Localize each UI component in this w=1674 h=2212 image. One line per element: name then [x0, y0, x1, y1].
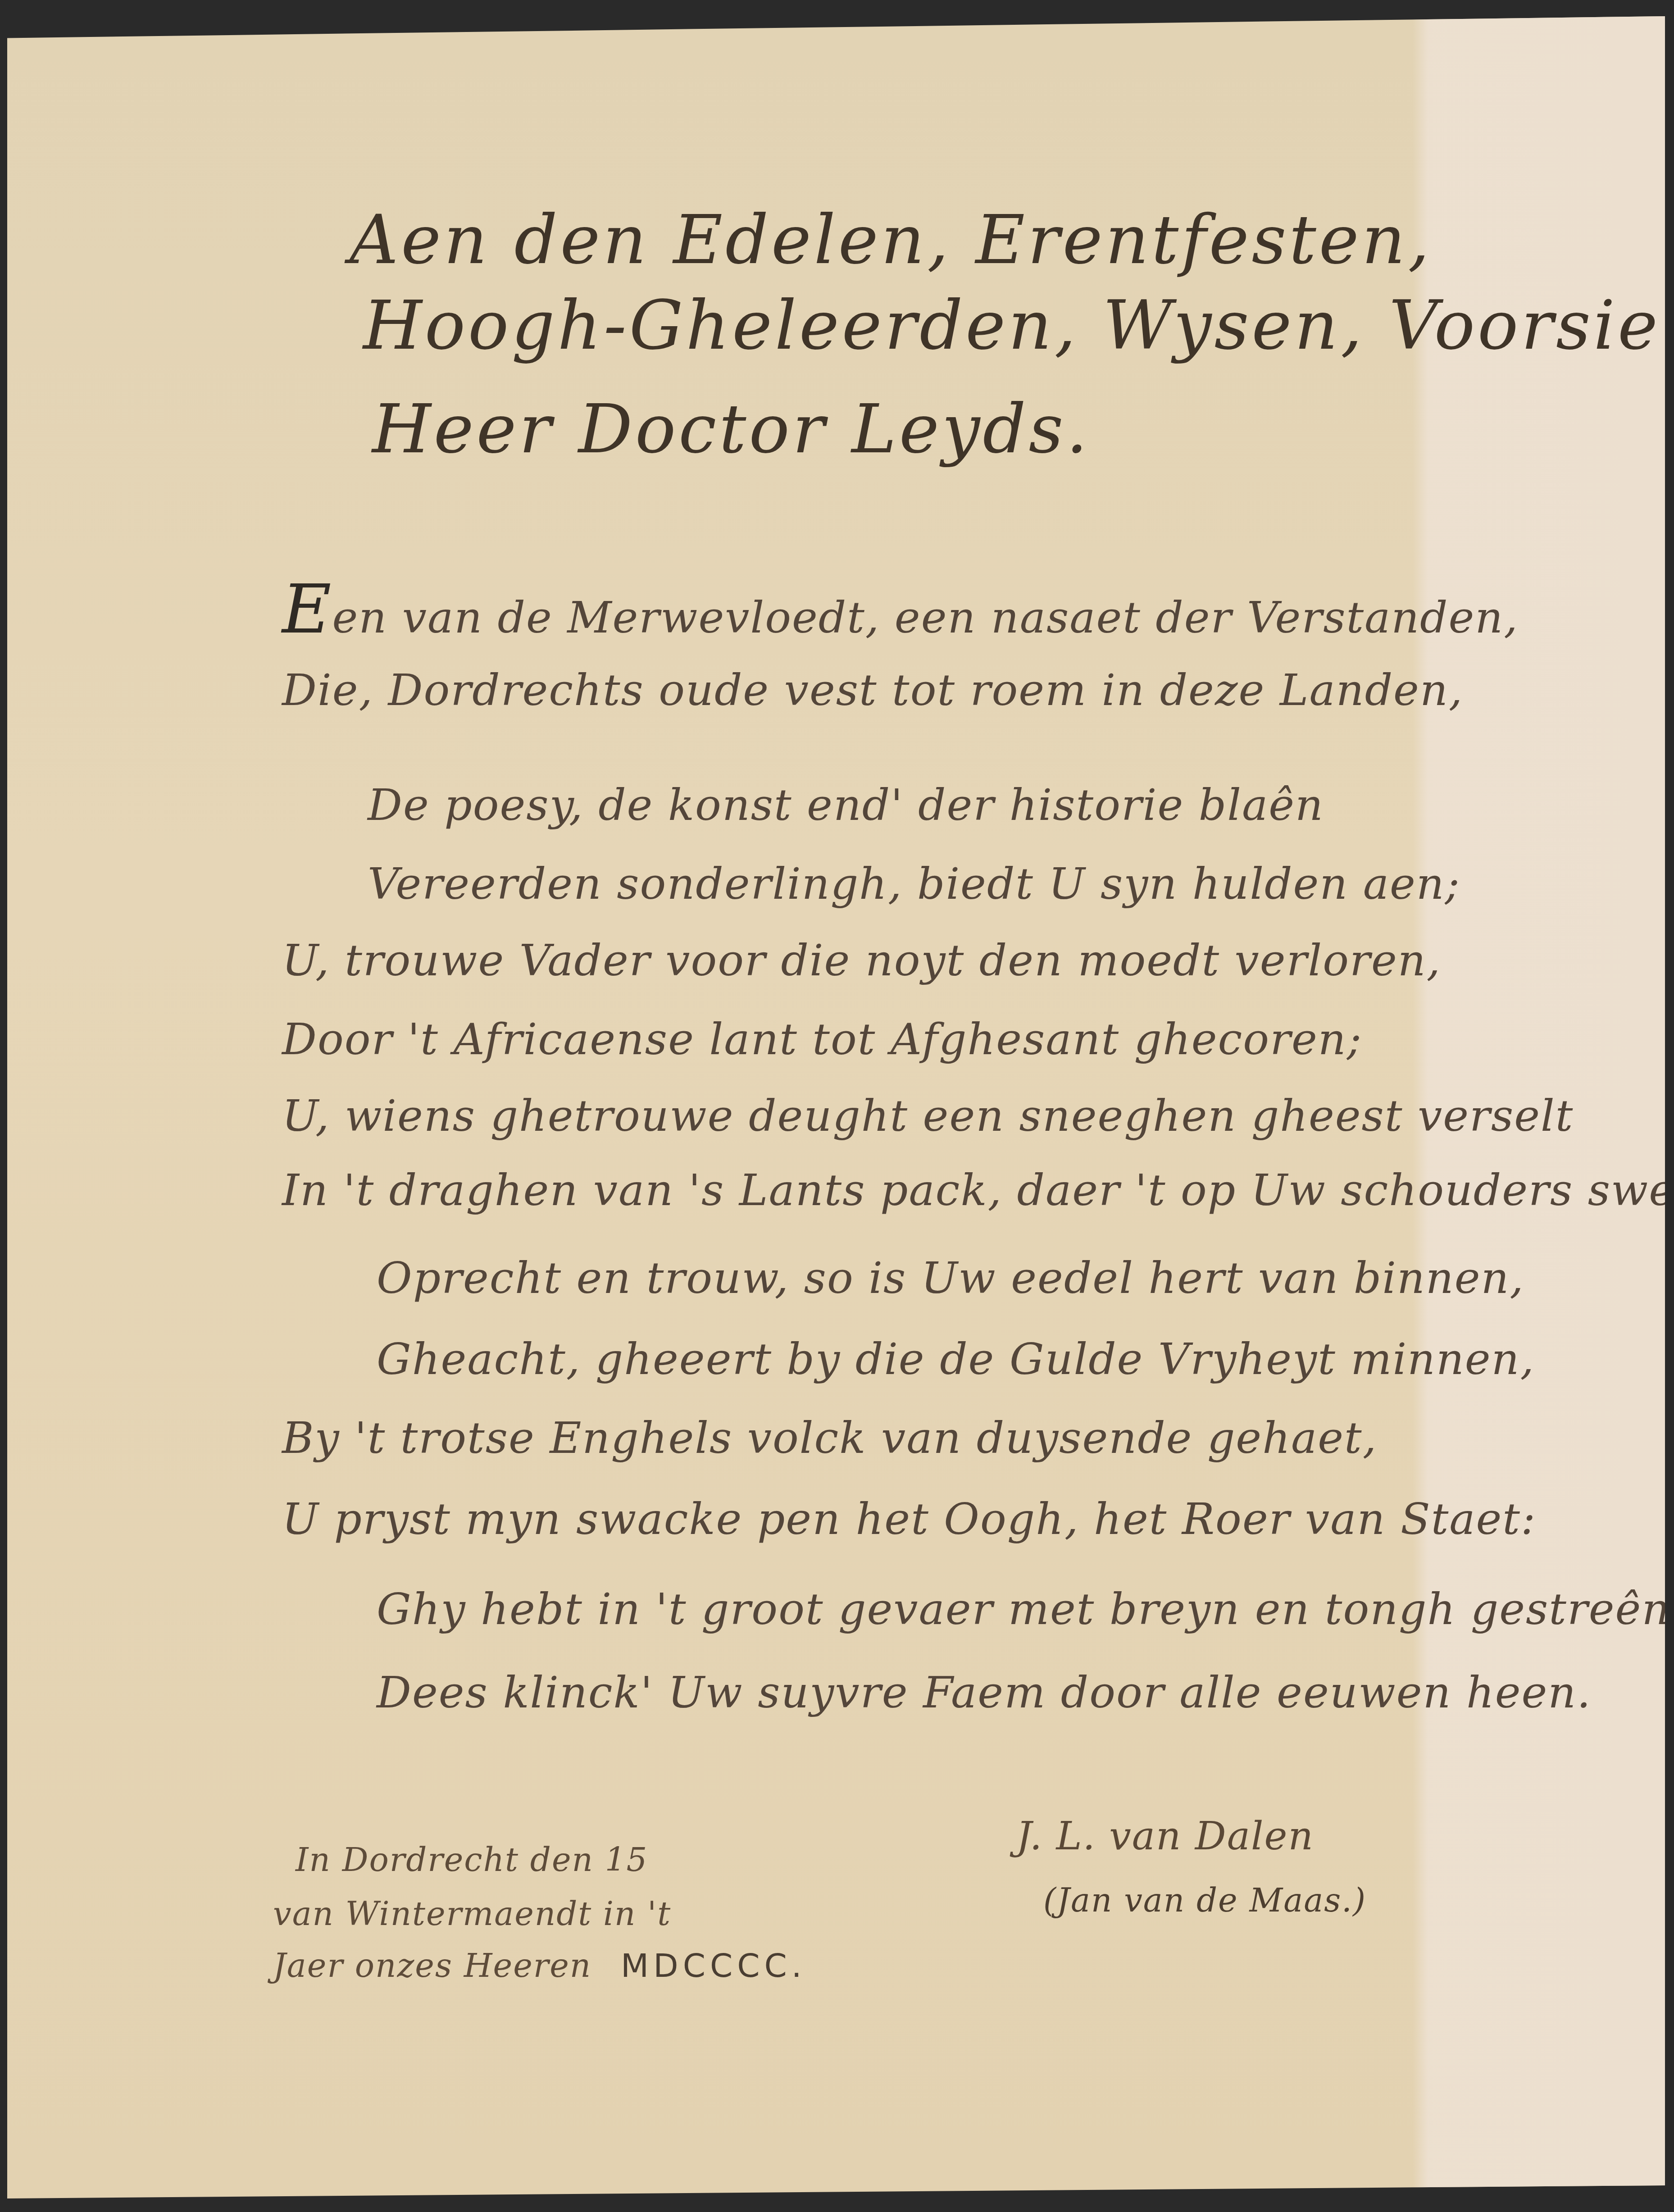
- date-line-3-text: Jaer onzes Heeren: [273, 1947, 591, 1984]
- poem-line-text: en van de Merwevloedt, een nasaet der Ve…: [332, 592, 1519, 643]
- date-line-1: In Dordrecht den 15: [296, 1841, 648, 1879]
- poem-line-4: Vereerden sonderlingh, biedt U syn hulde…: [368, 859, 1460, 909]
- poem-line-13: Ghy hebt in 't groot gevaer met breyn en…: [377, 1584, 1674, 1634]
- poem-line-8: In 't draghen van 's Lants pack, daer 't…: [282, 1165, 1674, 1215]
- signature-pseudonym: (Jan van de Maas.): [1043, 1881, 1366, 1919]
- poem-line-10: Gheacht, gheeert by die de Gulde Vryheyt…: [377, 1334, 1535, 1384]
- poem-initial: E: [282, 570, 332, 649]
- paper-sheet: Aen den Edelen, Erentfesten, Hoogh-Ghele…: [7, 16, 1665, 2198]
- heading-line-2: Hoogh-Gheleerden, Wysen, Voorsienighen: [363, 287, 1674, 365]
- poem-line-5: U, trouwe Vader voor die noyt den moedt …: [282, 935, 1441, 986]
- poem-line-1: Een van de Merwevloedt, een nasaet der V…: [282, 570, 1519, 649]
- poem-line-7: U, wiens ghetrouwe deught een sneeghen g…: [282, 1091, 1574, 1141]
- poem-line-2: Die, Dordrechts oude vest tot roem in de…: [282, 665, 1463, 715]
- poem-line-11: By 't trotse Enghels volck van duysende …: [282, 1413, 1377, 1463]
- heading-line-3: Heer Doctor Leyds.: [372, 390, 1090, 469]
- signature: J. L. van Dalen: [1016, 1814, 1314, 1859]
- heading-line-1: Aen den Edelen, Erentfesten,: [350, 201, 1432, 279]
- poem-line-3: De poesy, de konst end' der historie bla…: [368, 780, 1324, 830]
- year-roman-numeral: MDCCCC.: [621, 1947, 806, 1984]
- poem-line-12: U pryst myn swacke pen het Oogh, het Roe…: [282, 1494, 1536, 1544]
- poem-line-6: Door 't Africaense lant tot Afghesant gh…: [282, 1014, 1362, 1065]
- poem-line-9: Oprecht en trouw, so is Uw eedel hert va…: [377, 1253, 1524, 1303]
- date-line-2: van Wintermaendt in 't: [273, 1895, 671, 1933]
- date-line-3: Jaer onzes Heeren MDCCCC.: [273, 1947, 806, 1984]
- poem-line-14: Dees klinck' Uw suyvre Faem door alle ee…: [377, 1667, 1592, 1718]
